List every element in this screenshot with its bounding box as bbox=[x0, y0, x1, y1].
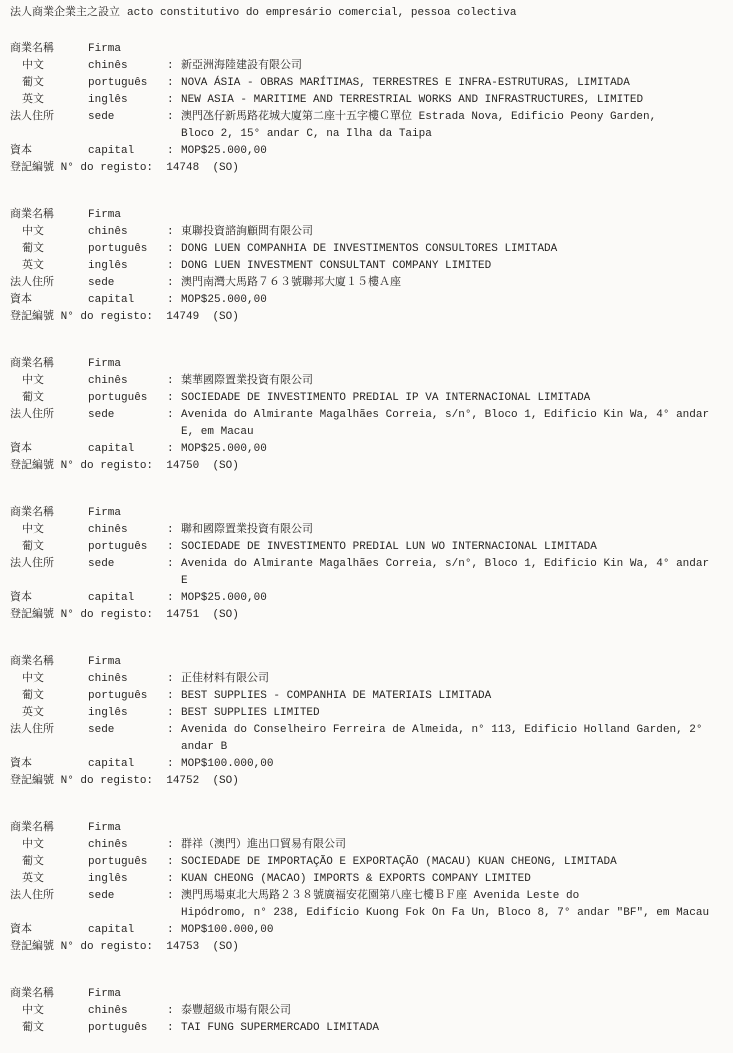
gazette-page: 法人商業企業主之設立acto constitutivo do empresári… bbox=[0, 0, 733, 1053]
label-pt-chinese-name: chinês bbox=[88, 224, 167, 241]
company-name-chinese: 葉華國際置業投資有限公司 bbox=[181, 373, 733, 390]
registry-note: (SO) bbox=[199, 309, 239, 326]
registered-office-address: Avenida do Almirante Magalhães Correia, … bbox=[181, 407, 733, 441]
label-pt-english-name: inglês bbox=[88, 92, 167, 109]
label-zh-firma: 商業名稱 bbox=[10, 654, 88, 671]
colon-separator: : bbox=[167, 756, 181, 773]
registration-number: 14750 bbox=[153, 458, 199, 475]
company-entry: 商業名稱Firma中文chinês:新亞洲海陸建設有限公司葡文português… bbox=[0, 41, 733, 177]
address-line: Avenida do Conselheiro Ferreira de Almei… bbox=[181, 722, 733, 739]
label-pt-sede: sede bbox=[88, 407, 167, 424]
label-zh-portuguese-name: 葡文 bbox=[10, 1020, 88, 1037]
company-name-chinese: 聯和國際置業投資有限公司 bbox=[181, 522, 733, 539]
capital: 資本capital:MOP$100.000,00 bbox=[0, 922, 733, 939]
colon-separator: : bbox=[167, 224, 181, 241]
capital-amount: MOP$100.000,00 bbox=[181, 922, 733, 939]
heading-portuguese: acto constitutivo do empresário comercia… bbox=[127, 7, 516, 19]
label-pt-firma: Firma bbox=[88, 654, 167, 671]
company-name-chinese: 東聯投資諮詢顧問有限公司 bbox=[181, 224, 733, 241]
colon-separator: : bbox=[167, 854, 181, 871]
colon-separator: : bbox=[167, 92, 181, 109]
label-pt-portuguese-name: português bbox=[88, 241, 167, 258]
label-zh-capital: 資本 bbox=[10, 292, 88, 309]
heading-chinese: 法人商業企業主之設立 bbox=[10, 7, 120, 19]
company-name-portuguese: SOCIEDADE DE IMPORTAÇÃO E EXPORTAÇÃO (MA… bbox=[181, 854, 733, 871]
colon-separator: : bbox=[167, 143, 181, 160]
label-pt-sede: sede bbox=[88, 109, 167, 126]
label-pt-registo: N° do registo: bbox=[54, 773, 153, 790]
sede: 法人住所sede:Avenida do Conselheiro Ferreira… bbox=[0, 722, 733, 756]
colon-separator: : bbox=[167, 241, 181, 258]
label-zh-english-name: 英文 bbox=[10, 871, 88, 888]
label-zh-english-name: 英文 bbox=[10, 705, 88, 722]
english-name: 英文inglês:KUAN CHEONG (MACAO) IMPORTS & E… bbox=[0, 871, 733, 888]
label-pt-chinese-name: chinês bbox=[88, 58, 167, 75]
address-line: 澳門氹仔新馬路花城大廈第二座十五字樓Ｃ單位 Estrada Nova, Edif… bbox=[181, 109, 733, 126]
company-name-chinese: 泰豐超級市場有限公司 bbox=[181, 1003, 733, 1020]
registration-number: 14749 bbox=[153, 309, 199, 326]
address-line: Hipódromo, n° 238, Edifício Kuong Fok On… bbox=[181, 905, 733, 922]
capital-amount: MOP$100.000,00 bbox=[181, 756, 733, 773]
registo-row: 登記編號 N° do registo: 14753 (SO) bbox=[0, 939, 733, 956]
label-zh-capital: 資本 bbox=[10, 590, 88, 607]
label-zh-registo: 登記編號 bbox=[10, 773, 54, 790]
label-zh-capital: 資本 bbox=[10, 143, 88, 160]
label-pt-capital: capital bbox=[88, 441, 167, 458]
label-pt-firma: Firma bbox=[88, 207, 167, 224]
registo-row: 登記編號 N° do registo: 14748 (SO) bbox=[0, 160, 733, 177]
label-pt-sede: sede bbox=[88, 888, 167, 905]
company-entry: 商業名稱Firma中文chinês:東聯投資諮詢顧問有限公司葡文portuguê… bbox=[0, 207, 733, 326]
label-zh-portuguese-name: 葡文 bbox=[10, 854, 88, 871]
label-pt-chinese-name: chinês bbox=[88, 837, 167, 854]
label-pt-capital: capital bbox=[88, 143, 167, 160]
chinese-name: 中文chinês:新亞洲海陸建設有限公司 bbox=[0, 58, 733, 75]
registration-number: 14753 bbox=[153, 939, 199, 956]
company-entry: 商業名稱Firma中文chinês:泰豐超級市場有限公司葡文português:… bbox=[0, 986, 733, 1037]
portuguese-name: 葡文português:SOCIEDADE DE IMPORTAÇÃO E EX… bbox=[0, 854, 733, 871]
colon-separator: : bbox=[167, 688, 181, 705]
english-name: 英文inglês:BEST SUPPLIES LIMITED bbox=[0, 705, 733, 722]
sede: 法人住所sede:Avenida do Almirante Magalhães … bbox=[0, 407, 733, 441]
label-pt-portuguese-name: português bbox=[88, 75, 167, 92]
label-pt-firma: Firma bbox=[88, 986, 167, 1003]
chinese-name: 中文chinês:正佳材料有限公司 bbox=[0, 671, 733, 688]
colon-separator: : bbox=[167, 58, 181, 75]
colon-separator: : bbox=[167, 275, 181, 292]
label-zh-firma: 商業名稱 bbox=[10, 820, 88, 837]
company-name-portuguese: TAI FUNG SUPERMERCADO LIMITADA bbox=[181, 1020, 733, 1037]
label-pt-registo: N° do registo: bbox=[54, 309, 153, 326]
label-pt-registo: N° do registo: bbox=[54, 160, 153, 177]
portuguese-name: 葡文português:NOVA ÁSIA - OBRAS MARÍTIMAS,… bbox=[0, 75, 733, 92]
registered-office-address: 澳門南灣大馬路７６３號聯邦大廈１５樓Ａ座 bbox=[181, 275, 733, 292]
colon-separator: : bbox=[167, 373, 181, 390]
firma: 商業名稱Firma bbox=[0, 820, 733, 837]
capital-amount: MOP$25.000,00 bbox=[181, 441, 733, 458]
label-pt-sede: sede bbox=[88, 556, 167, 573]
address-line: 澳門南灣大馬路７６３號聯邦大廈１５樓Ａ座 bbox=[181, 275, 733, 292]
label-pt-capital: capital bbox=[88, 756, 167, 773]
english-name: 英文inglês:DONG LUEN INVESTMENT CONSULTANT… bbox=[0, 258, 733, 275]
label-pt-chinese-name: chinês bbox=[88, 1003, 167, 1020]
capital: 資本capital:MOP$25.000,00 bbox=[0, 143, 733, 160]
label-zh-portuguese-name: 葡文 bbox=[10, 75, 88, 92]
label-pt-firma: Firma bbox=[88, 356, 167, 373]
label-zh-english-name: 英文 bbox=[10, 92, 88, 109]
label-zh-registo: 登記編號 bbox=[10, 160, 54, 177]
label-pt-chinese-name: chinês bbox=[88, 522, 167, 539]
label-zh-sede: 法人住所 bbox=[10, 722, 88, 739]
label-zh-english-name: 英文 bbox=[10, 258, 88, 275]
document-heading: 法人商業企業主之設立acto constitutivo do empresári… bbox=[0, 5, 733, 22]
label-zh-chinese-name: 中文 bbox=[10, 58, 88, 75]
label-zh-capital: 資本 bbox=[10, 441, 88, 458]
label-pt-english-name: inglês bbox=[88, 871, 167, 888]
label-zh-capital: 資本 bbox=[10, 922, 88, 939]
address-line: 澳門馬場東北大馬路２３８號廣福安花園第八座七樓ＢＦ座 Avenida Leste… bbox=[181, 888, 733, 905]
label-pt-chinese-name: chinês bbox=[88, 373, 167, 390]
colon-separator: : bbox=[167, 590, 181, 607]
company-entry: 商業名稱Firma中文chinês:群祥（澳門）進出口貿易有限公司葡文portu… bbox=[0, 820, 733, 956]
label-pt-capital: capital bbox=[88, 590, 167, 607]
company-name-portuguese: SOCIEDADE DE INVESTIMENTO PREDIAL IP VA … bbox=[181, 390, 733, 407]
label-zh-firma: 商業名稱 bbox=[10, 41, 88, 58]
registo-row: 登記編號 N° do registo: 14752 (SO) bbox=[0, 773, 733, 790]
label-zh-registo: 登記編號 bbox=[10, 458, 54, 475]
registo-row: 登記編號 N° do registo: 14750 (SO) bbox=[0, 458, 733, 475]
label-zh-chinese-name: 中文 bbox=[10, 1003, 88, 1020]
colon-separator: : bbox=[167, 1020, 181, 1037]
label-pt-firma: Firma bbox=[88, 820, 167, 837]
label-pt-portuguese-name: português bbox=[88, 688, 167, 705]
label-zh-sede: 法人住所 bbox=[10, 556, 88, 573]
label-zh-sede: 法人住所 bbox=[10, 109, 88, 126]
chinese-name: 中文chinês:葉華國際置業投資有限公司 bbox=[0, 373, 733, 390]
company-name-portuguese: SOCIEDADE DE INVESTIMENTO PREDIAL LUN WO… bbox=[181, 539, 733, 556]
label-zh-portuguese-name: 葡文 bbox=[10, 539, 88, 556]
label-pt-firma: Firma bbox=[88, 505, 167, 522]
label-zh-portuguese-name: 葡文 bbox=[10, 390, 88, 407]
firma: 商業名稱Firma bbox=[0, 41, 733, 58]
registered-office-address: 澳門馬場東北大馬路２３８號廣福安花園第八座七樓ＢＦ座 Avenida Leste… bbox=[181, 888, 733, 922]
colon-separator: : bbox=[167, 837, 181, 854]
registered-office-address: Avenida do Almirante Magalhães Correia, … bbox=[181, 556, 733, 590]
sede: 法人住所sede:澳門南灣大馬路７６３號聯邦大廈１５樓Ａ座 bbox=[0, 275, 733, 292]
label-pt-sede: sede bbox=[88, 275, 167, 292]
address-line: andar B bbox=[181, 739, 733, 756]
label-pt-portuguese-name: português bbox=[88, 390, 167, 407]
label-zh-portuguese-name: 葡文 bbox=[10, 688, 88, 705]
label-zh-registo: 登記編號 bbox=[10, 607, 54, 624]
sede: 法人住所sede:澳門馬場東北大馬路２３８號廣福安花園第八座七樓ＢＦ座 Aven… bbox=[0, 888, 733, 922]
company-entry: 商業名稱Firma中文chinês:葉華國際置業投資有限公司葡文portuguê… bbox=[0, 356, 733, 475]
label-zh-firma: 商業名稱 bbox=[10, 207, 88, 224]
firma: 商業名稱Firma bbox=[0, 207, 733, 224]
capital-amount: MOP$25.000,00 bbox=[181, 590, 733, 607]
company-name-english: KUAN CHEONG (MACAO) IMPORTS & EXPORTS CO… bbox=[181, 871, 733, 888]
label-pt-registo: N° do registo: bbox=[54, 458, 153, 475]
registo-row: 登記編號 N° do registo: 14749 (SO) bbox=[0, 309, 733, 326]
colon-separator: : bbox=[167, 705, 181, 722]
portuguese-name: 葡文português:SOCIEDADE DE INVESTIMENTO PR… bbox=[0, 539, 733, 556]
label-zh-sede: 法人住所 bbox=[10, 275, 88, 292]
portuguese-name: 葡文português:DONG LUEN COMPANHIA DE INVES… bbox=[0, 241, 733, 258]
chinese-name: 中文chinês:泰豐超級市場有限公司 bbox=[0, 1003, 733, 1020]
colon-separator: : bbox=[167, 888, 181, 905]
colon-separator: : bbox=[167, 441, 181, 458]
english-name: 英文inglês:NEW ASIA - MARITIME AND TERREST… bbox=[0, 92, 733, 109]
company-name-english: BEST SUPPLIES LIMITED bbox=[181, 705, 733, 722]
firma: 商業名稱Firma bbox=[0, 654, 733, 671]
colon-separator: : bbox=[167, 1003, 181, 1020]
company-name-english: DONG LUEN INVESTMENT CONSULTANT COMPANY … bbox=[181, 258, 733, 275]
label-pt-portuguese-name: português bbox=[88, 1020, 167, 1037]
label-pt-firma: Firma bbox=[88, 41, 167, 58]
colon-separator: : bbox=[167, 258, 181, 275]
entries-list: 商業名稱Firma中文chinês:新亞洲海陸建設有限公司葡文português… bbox=[0, 41, 733, 1037]
registration-number: 14751 bbox=[153, 607, 199, 624]
registry-note: (SO) bbox=[199, 939, 239, 956]
label-pt-english-name: inglês bbox=[88, 705, 167, 722]
label-zh-sede: 法人住所 bbox=[10, 888, 88, 905]
label-pt-portuguese-name: português bbox=[88, 539, 167, 556]
capital: 資本capital:MOP$25.000,00 bbox=[0, 590, 733, 607]
portuguese-name: 葡文português:BEST SUPPLIES - COMPANHIA DE… bbox=[0, 688, 733, 705]
label-zh-chinese-name: 中文 bbox=[10, 224, 88, 241]
colon-separator: : bbox=[167, 871, 181, 888]
registered-office-address: 澳門氹仔新馬路花城大廈第二座十五字樓Ｃ單位 Estrada Nova, Edif… bbox=[181, 109, 733, 143]
company-name-english: NEW ASIA - MARITIME AND TERRESTRIAL WORK… bbox=[181, 92, 733, 109]
registry-note: (SO) bbox=[199, 607, 239, 624]
address-line: Avenida do Almirante Magalhães Correia, … bbox=[181, 407, 733, 424]
address-line: Bloco 2, 15° andar C, na Ilha da Taipa bbox=[181, 126, 733, 143]
firma: 商業名稱Firma bbox=[0, 356, 733, 373]
registo-row: 登記編號 N° do registo: 14751 (SO) bbox=[0, 607, 733, 624]
sede: 法人住所sede:Avenida do Almirante Magalhães … bbox=[0, 556, 733, 590]
company-name-chinese: 正佳材料有限公司 bbox=[181, 671, 733, 688]
label-zh-capital: 資本 bbox=[10, 756, 88, 773]
registry-note: (SO) bbox=[199, 160, 239, 177]
company-entry: 商業名稱Firma中文chinês:聯和國際置業投資有限公司葡文portuguê… bbox=[0, 505, 733, 624]
colon-separator: : bbox=[167, 922, 181, 939]
registered-office-address: Avenida do Conselheiro Ferreira de Almei… bbox=[181, 722, 733, 756]
firma: 商業名稱Firma bbox=[0, 986, 733, 1003]
label-pt-portuguese-name: português bbox=[88, 854, 167, 871]
label-zh-portuguese-name: 葡文 bbox=[10, 241, 88, 258]
colon-separator: : bbox=[167, 390, 181, 407]
address-line: Avenida do Almirante Magalhães Correia, … bbox=[181, 556, 733, 573]
company-name-chinese: 新亞洲海陸建設有限公司 bbox=[181, 58, 733, 75]
label-pt-chinese-name: chinês bbox=[88, 671, 167, 688]
firma: 商業名稱Firma bbox=[0, 505, 733, 522]
label-zh-registo: 登記編號 bbox=[10, 309, 54, 326]
label-zh-firma: 商業名稱 bbox=[10, 505, 88, 522]
registration-number: 14752 bbox=[153, 773, 199, 790]
registry-note: (SO) bbox=[199, 773, 239, 790]
label-zh-chinese-name: 中文 bbox=[10, 522, 88, 539]
sede: 法人住所sede:澳門氹仔新馬路花城大廈第二座十五字樓Ｃ單位 Estrada N… bbox=[0, 109, 733, 143]
colon-separator: : bbox=[167, 109, 181, 126]
registration-number: 14748 bbox=[153, 160, 199, 177]
label-pt-english-name: inglês bbox=[88, 258, 167, 275]
company-name-portuguese: NOVA ÁSIA - OBRAS MARÍTIMAS, TERRESTRES … bbox=[181, 75, 733, 92]
address-line: E bbox=[181, 573, 733, 590]
colon-separator: : bbox=[167, 539, 181, 556]
colon-separator: : bbox=[167, 292, 181, 309]
company-name-portuguese: DONG LUEN COMPANHIA DE INVESTIMENTOS CON… bbox=[181, 241, 733, 258]
label-zh-chinese-name: 中文 bbox=[10, 373, 88, 390]
address-line: E, em Macau bbox=[181, 424, 733, 441]
label-pt-registo: N° do registo: bbox=[54, 607, 153, 624]
capital-amount: MOP$25.000,00 bbox=[181, 292, 733, 309]
colon-separator: : bbox=[167, 722, 181, 739]
label-zh-chinese-name: 中文 bbox=[10, 837, 88, 854]
colon-separator: : bbox=[167, 556, 181, 573]
colon-separator: : bbox=[167, 522, 181, 539]
colon-separator: : bbox=[167, 75, 181, 92]
label-zh-chinese-name: 中文 bbox=[10, 671, 88, 688]
chinese-name: 中文chinês:東聯投資諮詢顧問有限公司 bbox=[0, 224, 733, 241]
colon-separator: : bbox=[167, 671, 181, 688]
capital: 資本capital:MOP$25.000,00 bbox=[0, 441, 733, 458]
company-name-chinese: 群祥（澳門）進出口貿易有限公司 bbox=[181, 837, 733, 854]
label-zh-sede: 法人住所 bbox=[10, 407, 88, 424]
capital-amount: MOP$25.000,00 bbox=[181, 143, 733, 160]
label-pt-capital: capital bbox=[88, 292, 167, 309]
chinese-name: 中文chinês:群祥（澳門）進出口貿易有限公司 bbox=[0, 837, 733, 854]
label-pt-capital: capital bbox=[88, 922, 167, 939]
label-zh-registo: 登記編號 bbox=[10, 939, 54, 956]
label-zh-firma: 商業名稱 bbox=[10, 356, 88, 373]
capital: 資本capital:MOP$25.000,00 bbox=[0, 292, 733, 309]
portuguese-name: 葡文português:TAI FUNG SUPERMERCADO LIMITA… bbox=[0, 1020, 733, 1037]
label-zh-firma: 商業名稱 bbox=[10, 986, 88, 1003]
label-pt-sede: sede bbox=[88, 722, 167, 739]
chinese-name: 中文chinês:聯和國際置業投資有限公司 bbox=[0, 522, 733, 539]
colon-separator: : bbox=[167, 407, 181, 424]
registry-note: (SO) bbox=[199, 458, 239, 475]
capital: 資本capital:MOP$100.000,00 bbox=[0, 756, 733, 773]
label-pt-registo: N° do registo: bbox=[54, 939, 153, 956]
company-name-portuguese: BEST SUPPLIES - COMPANHIA DE MATERIAIS L… bbox=[181, 688, 733, 705]
portuguese-name: 葡文português:SOCIEDADE DE INVESTIMENTO PR… bbox=[0, 390, 733, 407]
company-entry: 商業名稱Firma中文chinês:正佳材料有限公司葡文português:BE… bbox=[0, 654, 733, 790]
